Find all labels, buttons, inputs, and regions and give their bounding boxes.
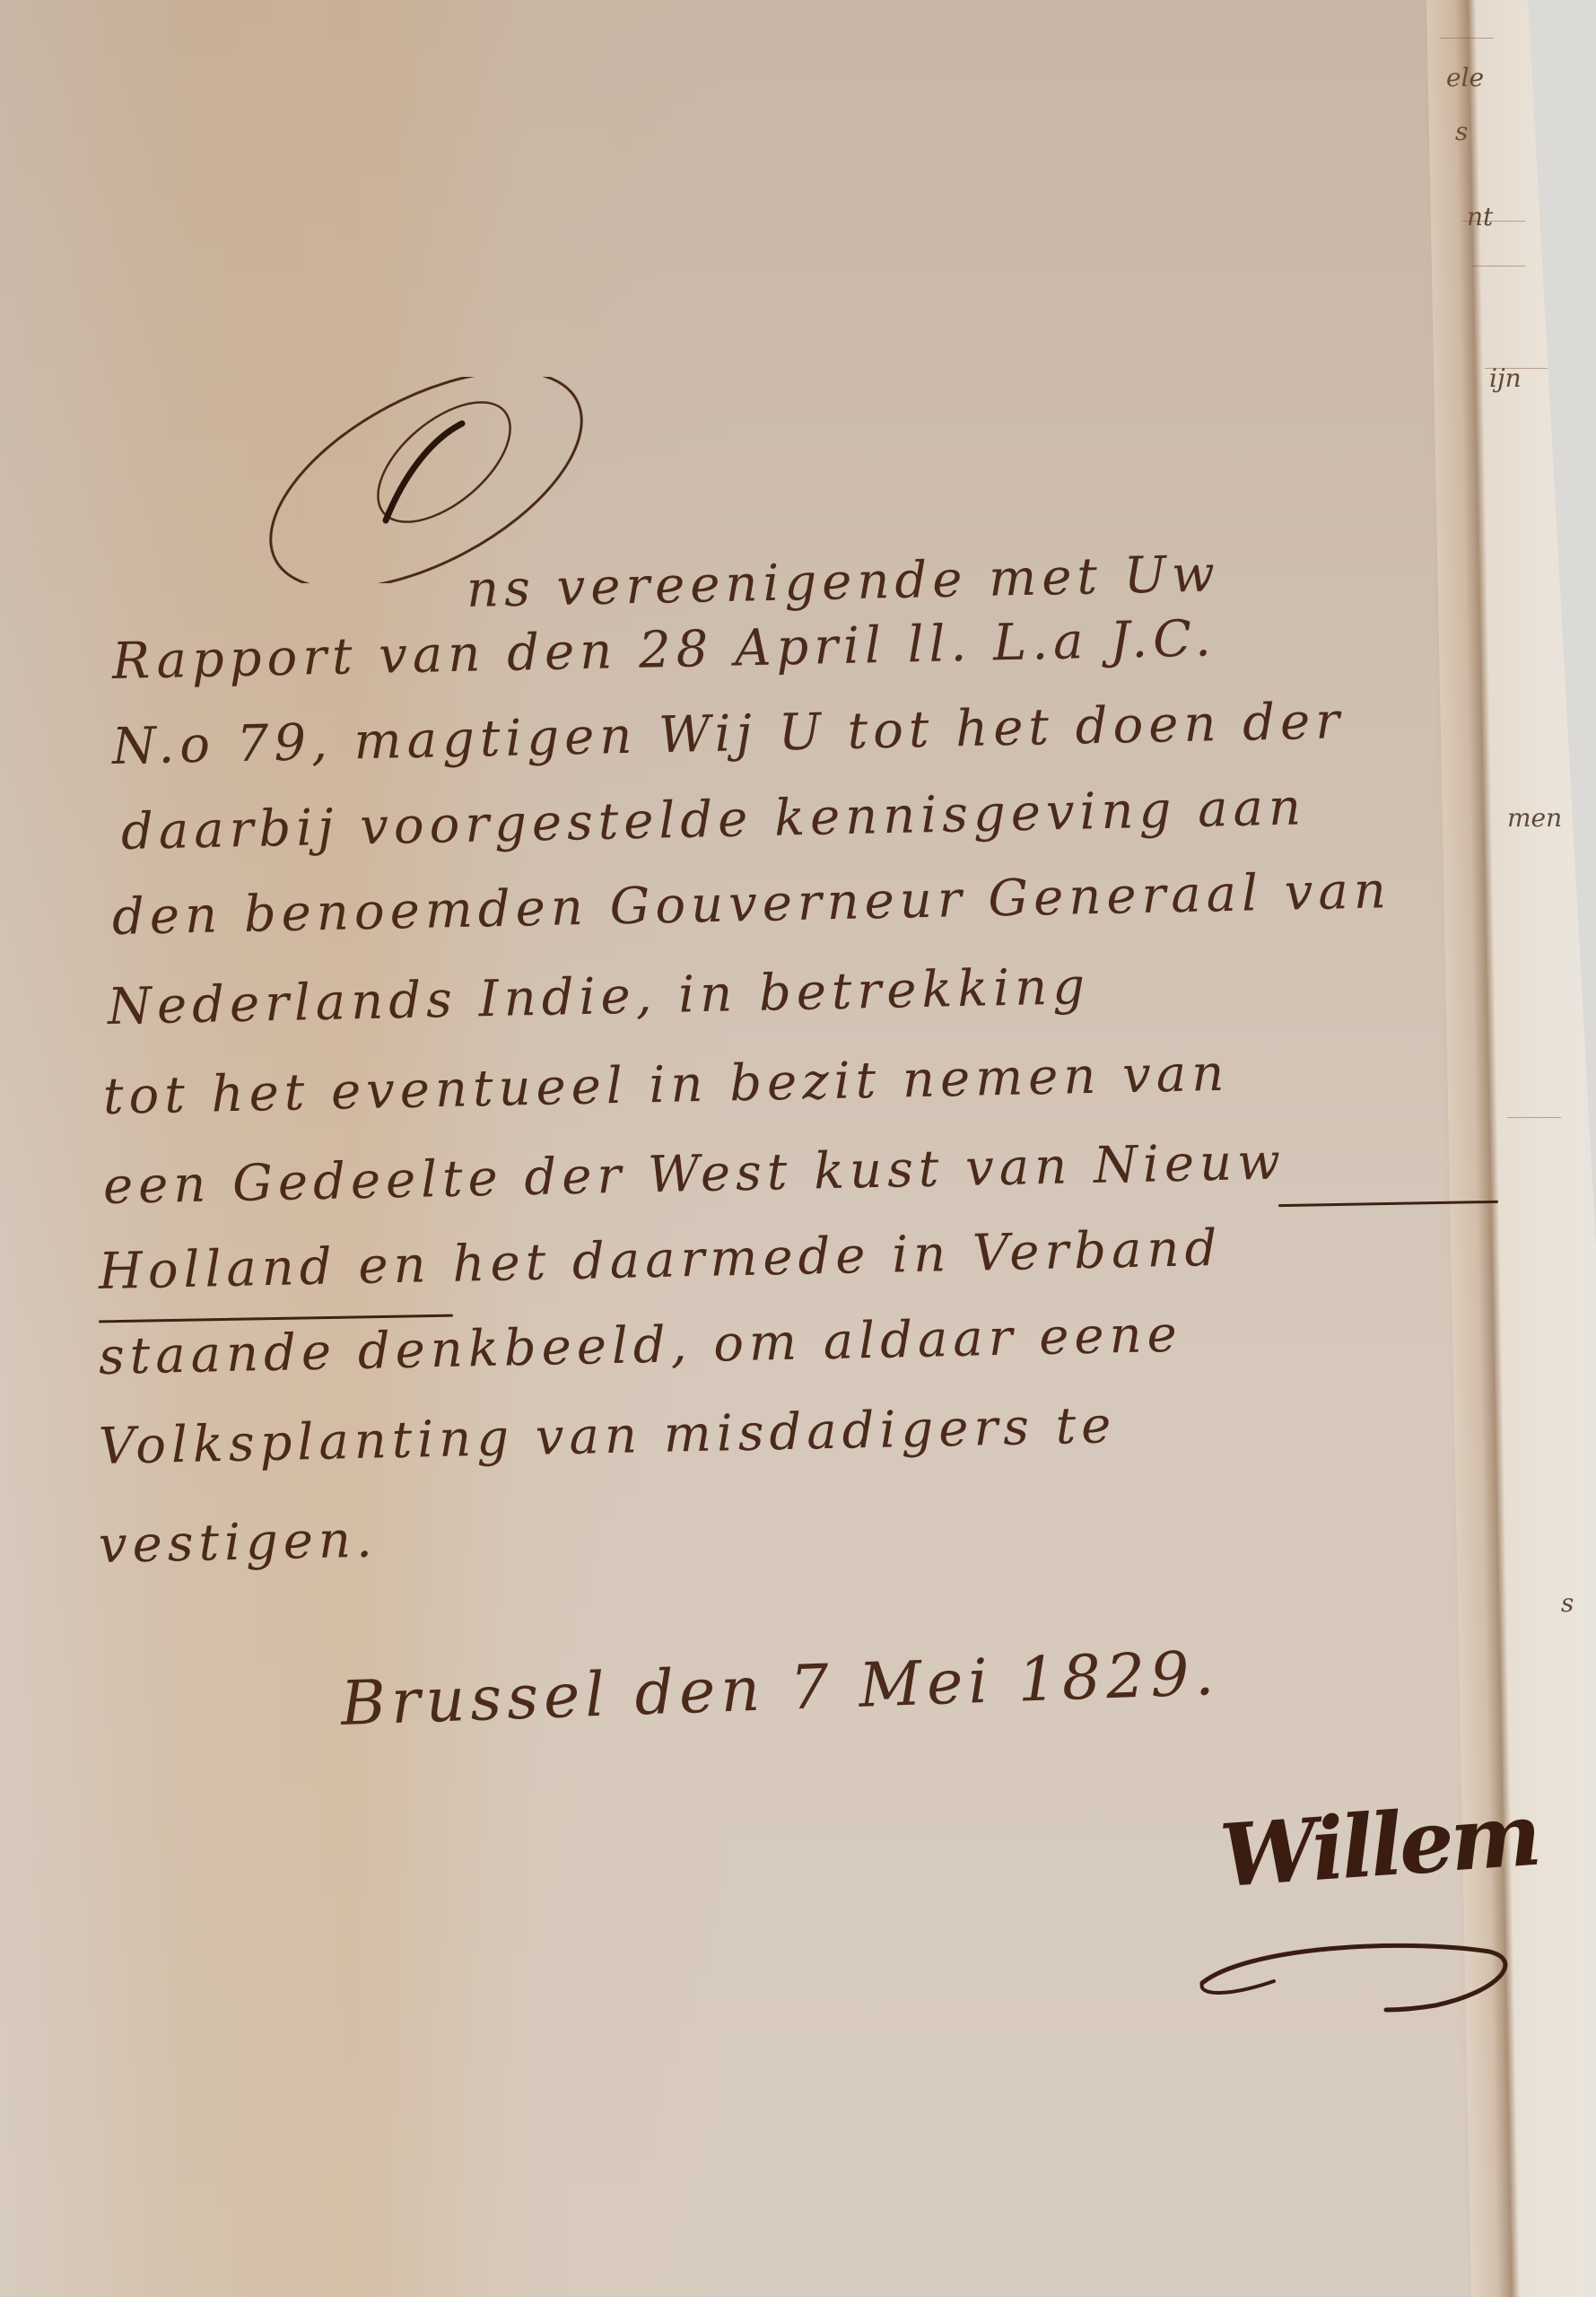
underlying-page-rule <box>1507 1117 1561 1118</box>
underlying-page-fragment: men <box>1507 803 1562 833</box>
signature-flourish-icon <box>1193 1920 1534 2019</box>
decorative-initial-o-icon <box>251 377 610 583</box>
underlying-page-fragment: ijn <box>1489 363 1522 393</box>
underlying-page-fragment: s <box>1561 1588 1574 1618</box>
document-line: vestigen. <box>98 1510 378 1574</box>
